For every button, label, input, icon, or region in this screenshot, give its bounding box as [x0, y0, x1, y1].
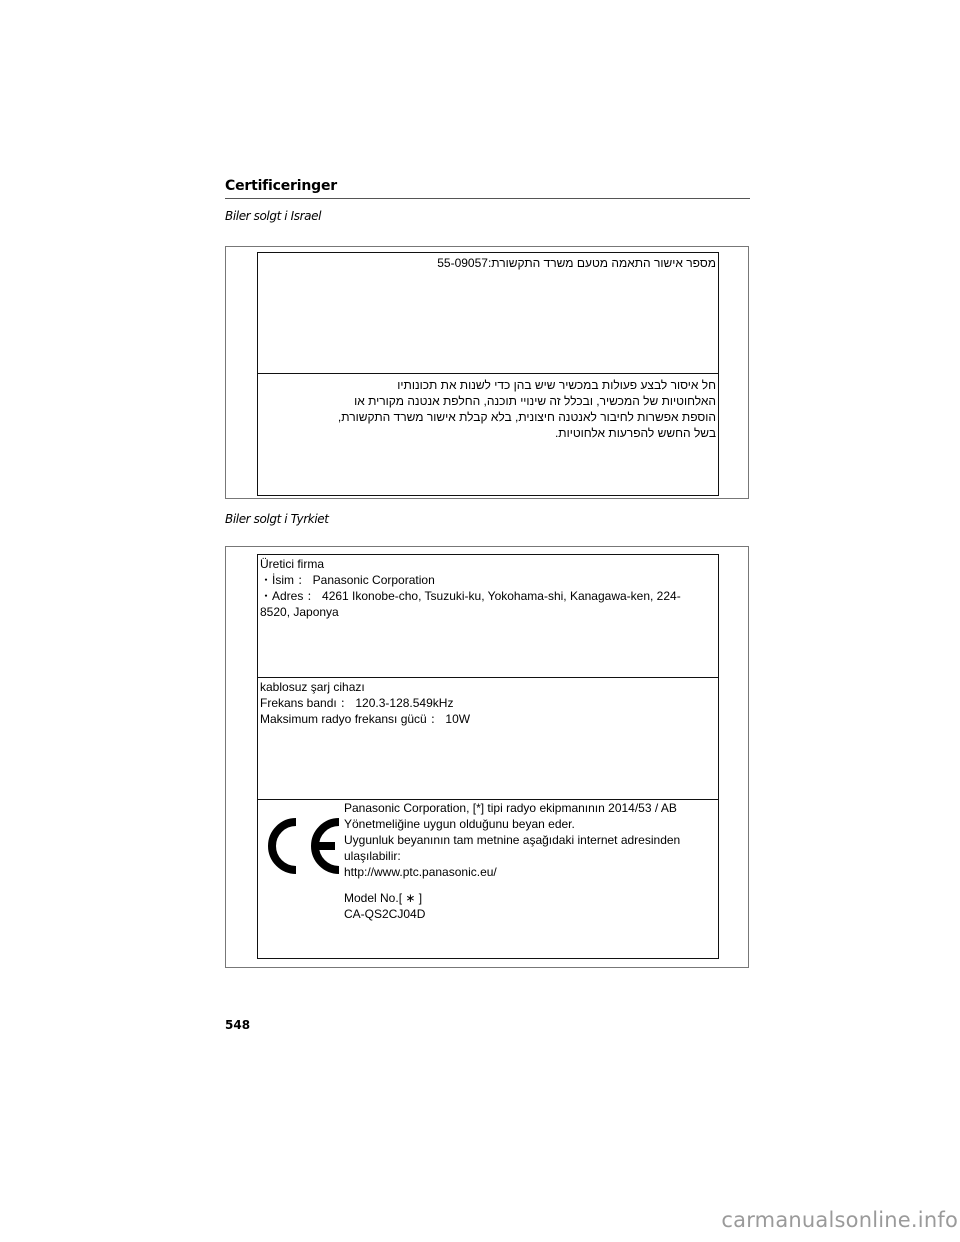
- declaration-line: Yönetmeliğine uygun olduğunu beyan eder.: [344, 816, 716, 832]
- manufacturer-cell: Üretici firma ・İsim ： Panasonic Corporat…: [258, 555, 718, 677]
- watermark: carmanualsonline.info: [721, 1208, 958, 1232]
- spacer: [344, 880, 716, 890]
- declaration-cell: Panasonic Corporation, [*] tipi radyo ek…: [258, 799, 718, 957]
- israel-warning-line: בשל החשש להפרעות אלחוטיות.: [262, 425, 716, 441]
- ce-mark-icon: [263, 818, 343, 874]
- israel-warning-line: האלחוטיות של המכשיר, ובכלל זה שינויי תוכ…: [262, 393, 716, 409]
- israel-certification-frame: מספר אישור התאמה מטעם משרד התקשורת:55-09…: [225, 246, 749, 499]
- device-title: kablosuz şarj cihazı: [260, 679, 715, 695]
- turkey-heading: Biler solgt i Tyrkiet: [225, 512, 329, 526]
- israel-approval-cell: מספר אישור התאמה מטעם משרד התקשורת:55-09…: [258, 253, 718, 373]
- frequency-band: Frekans bandı ： 120.3-128.549kHz: [260, 695, 715, 711]
- israel-warning-line: חל איסור לבצע פעולות במכשיר שיש בהן כדי …: [262, 377, 716, 393]
- manufacturer-title: Üretici firma: [260, 556, 715, 572]
- israel-warning-cell: חל איסור לבצע פעולות במכשיר שיש בהן כדי …: [258, 373, 718, 494]
- turkey-certification-table: Üretici firma ・İsim ： Panasonic Corporat…: [257, 554, 719, 959]
- israel-certification-table: מספר אישור התאמה מטעם משרד התקשורת:55-09…: [257, 252, 719, 496]
- israel-approval-number: מספר אישור התאמה מטעם משרד התקשורת:55-09…: [262, 255, 716, 271]
- max-rf-power: Maksimum radyo frekansı gücü ： 10W: [260, 711, 715, 727]
- section-title: Certificeringer: [225, 178, 750, 199]
- page-number: 548: [225, 1018, 250, 1032]
- declaration-text: Panasonic Corporation, [*] tipi radyo ek…: [344, 800, 716, 922]
- israel-warning-line: הוספת אפשרות לחיבור לאנטנה חיצונית, בלא …: [262, 409, 716, 425]
- israel-heading: Biler solgt i Israel: [225, 209, 321, 223]
- device-cell: kablosuz şarj cihazı Frekans bandı ： 120…: [258, 677, 718, 799]
- manufacturer-name: ・İsim ： Panasonic Corporation: [260, 572, 715, 588]
- declaration-line: Uygunluk beyanının tam metnine aşağıdaki…: [344, 832, 716, 848]
- turkey-certification-frame: Üretici firma ・İsim ： Panasonic Corporat…: [225, 546, 749, 968]
- declaration-line: Panasonic Corporation, [*] tipi radyo ek…: [344, 800, 716, 816]
- manufacturer-address: ・Adres ： 4261 Ikonobe-cho, Tsuzuki-ku, Y…: [260, 588, 715, 604]
- manufacturer-address-cont: 8520, Japonya: [260, 604, 715, 620]
- model-number-label: Model No.[ ∗ ]: [344, 890, 716, 906]
- model-number-value: CA-QS2CJ04D: [344, 906, 716, 922]
- declaration-line: ulaşılabilir:: [344, 848, 716, 864]
- declaration-url: http://www.ptc.panasonic.eu/: [344, 864, 716, 880]
